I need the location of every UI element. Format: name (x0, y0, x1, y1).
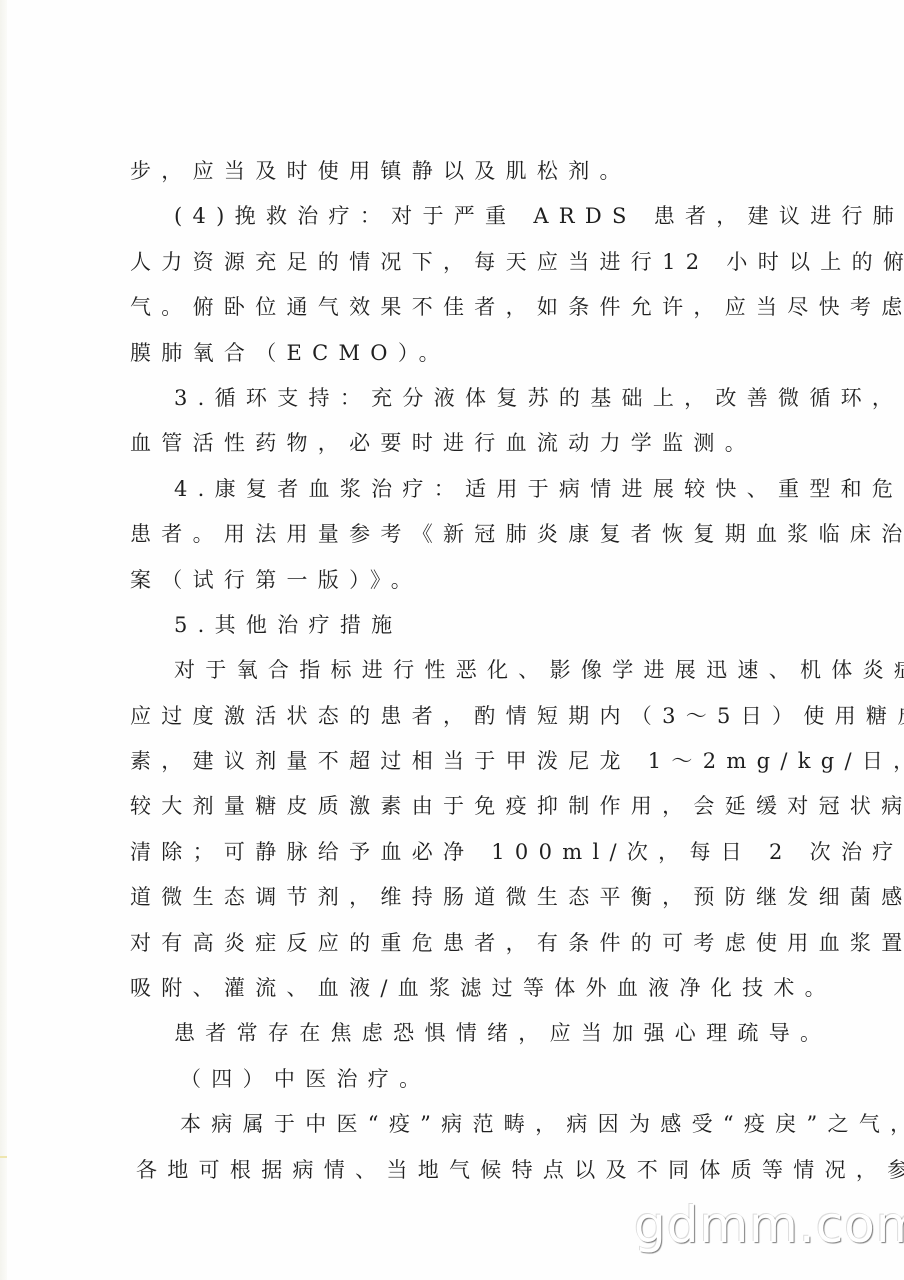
text-line-5: 膜肺氧合（ECMO）。 (130, 331, 780, 376)
text-line-13: 应过度激活状态的患者，酌情短期内（3～5日）使用糖皮质激 (130, 694, 780, 739)
text-line-19: 吸附、灌流、血液/血浆滤过等体外血液净化技术。 (130, 966, 780, 1011)
text-line-3: 人力资源充足的情况下，每天应当进行12 小时以上的俯卧位通 (130, 240, 780, 285)
page-left-edge (0, 0, 7, 1280)
text-line-23: 各地可根据病情、当地气候特点以及不同体质等情况，参照下 (130, 1148, 780, 1193)
document-page: 步，应当及时使用镇静以及肌松剂。 (4)挽救治疗：对于严重 ARDS 患者，建议… (0, 0, 904, 1280)
text-line-20: 患者常存在焦虑恐惧情绪，应当加强心理疏导。 (130, 1011, 780, 1056)
text-line-8: 4.康复者血浆治疗：适用于病情进展较快、重型和危重型 (130, 467, 780, 512)
page-edge-mark (0, 1156, 7, 1158)
watermark-logo: gdmm.com (634, 1196, 904, 1254)
text-line-2: (4)挽救治疗：对于严重 ARDS 患者，建议进行肺复张。在 (130, 194, 780, 239)
document-body: 步，应当及时使用镇静以及肌松剂。 (4)挽救治疗：对于严重 ARDS 患者，建议… (130, 149, 780, 1193)
text-line-15: 较大剂量糖皮质激素由于免疫抑制作用，会延缓对冠状病毒的 (130, 784, 780, 829)
text-line-7: 血管活性药物，必要时进行血流动力学监测。 (130, 421, 780, 466)
section-heading-tcm: （四）中医治疗。 (130, 1057, 780, 1102)
text-line-16: 清除；可静脉给予血必净 100ml/次，每日 2 次治疗；可使用肠 (130, 830, 780, 875)
text-line-1: 步，应当及时使用镇静以及肌松剂。 (130, 149, 780, 194)
text-line-22: 本病属于中医“疫”病范畴，病因为感受“疫戾”之气， (130, 1102, 780, 1147)
section-heading-other-treatments: 5.其他治疗措施 (130, 603, 780, 648)
text-line-18: 对有高炎症反应的重危患者，有条件的可考虑使用血浆置换、 (130, 921, 780, 966)
text-line-10: 案（试行第一版）》。 (130, 558, 780, 603)
text-line-4: 气。俯卧位通气效果不佳者，如条件允许，应当尽快考虑体外 (130, 285, 780, 330)
text-line-17: 道微生态调节剂，维持肠道微生态平衡，预防继发细菌感染； (130, 875, 780, 920)
text-line-14: 素，建议剂量不超过相当于甲泼尼龙 1～2mg/kg/日，应当注意 (130, 739, 780, 784)
text-line-9: 患者。用法用量参考《新冠肺炎康复者恢复期血浆临床治疗方 (130, 512, 780, 557)
text-line-12: 对于氧合指标进行性恶化、影像学进展迅速、机体炎症反 (130, 648, 780, 693)
text-line-6: 3.循环支持：充分液体复苏的基础上，改善微循环，使用 (130, 376, 780, 421)
